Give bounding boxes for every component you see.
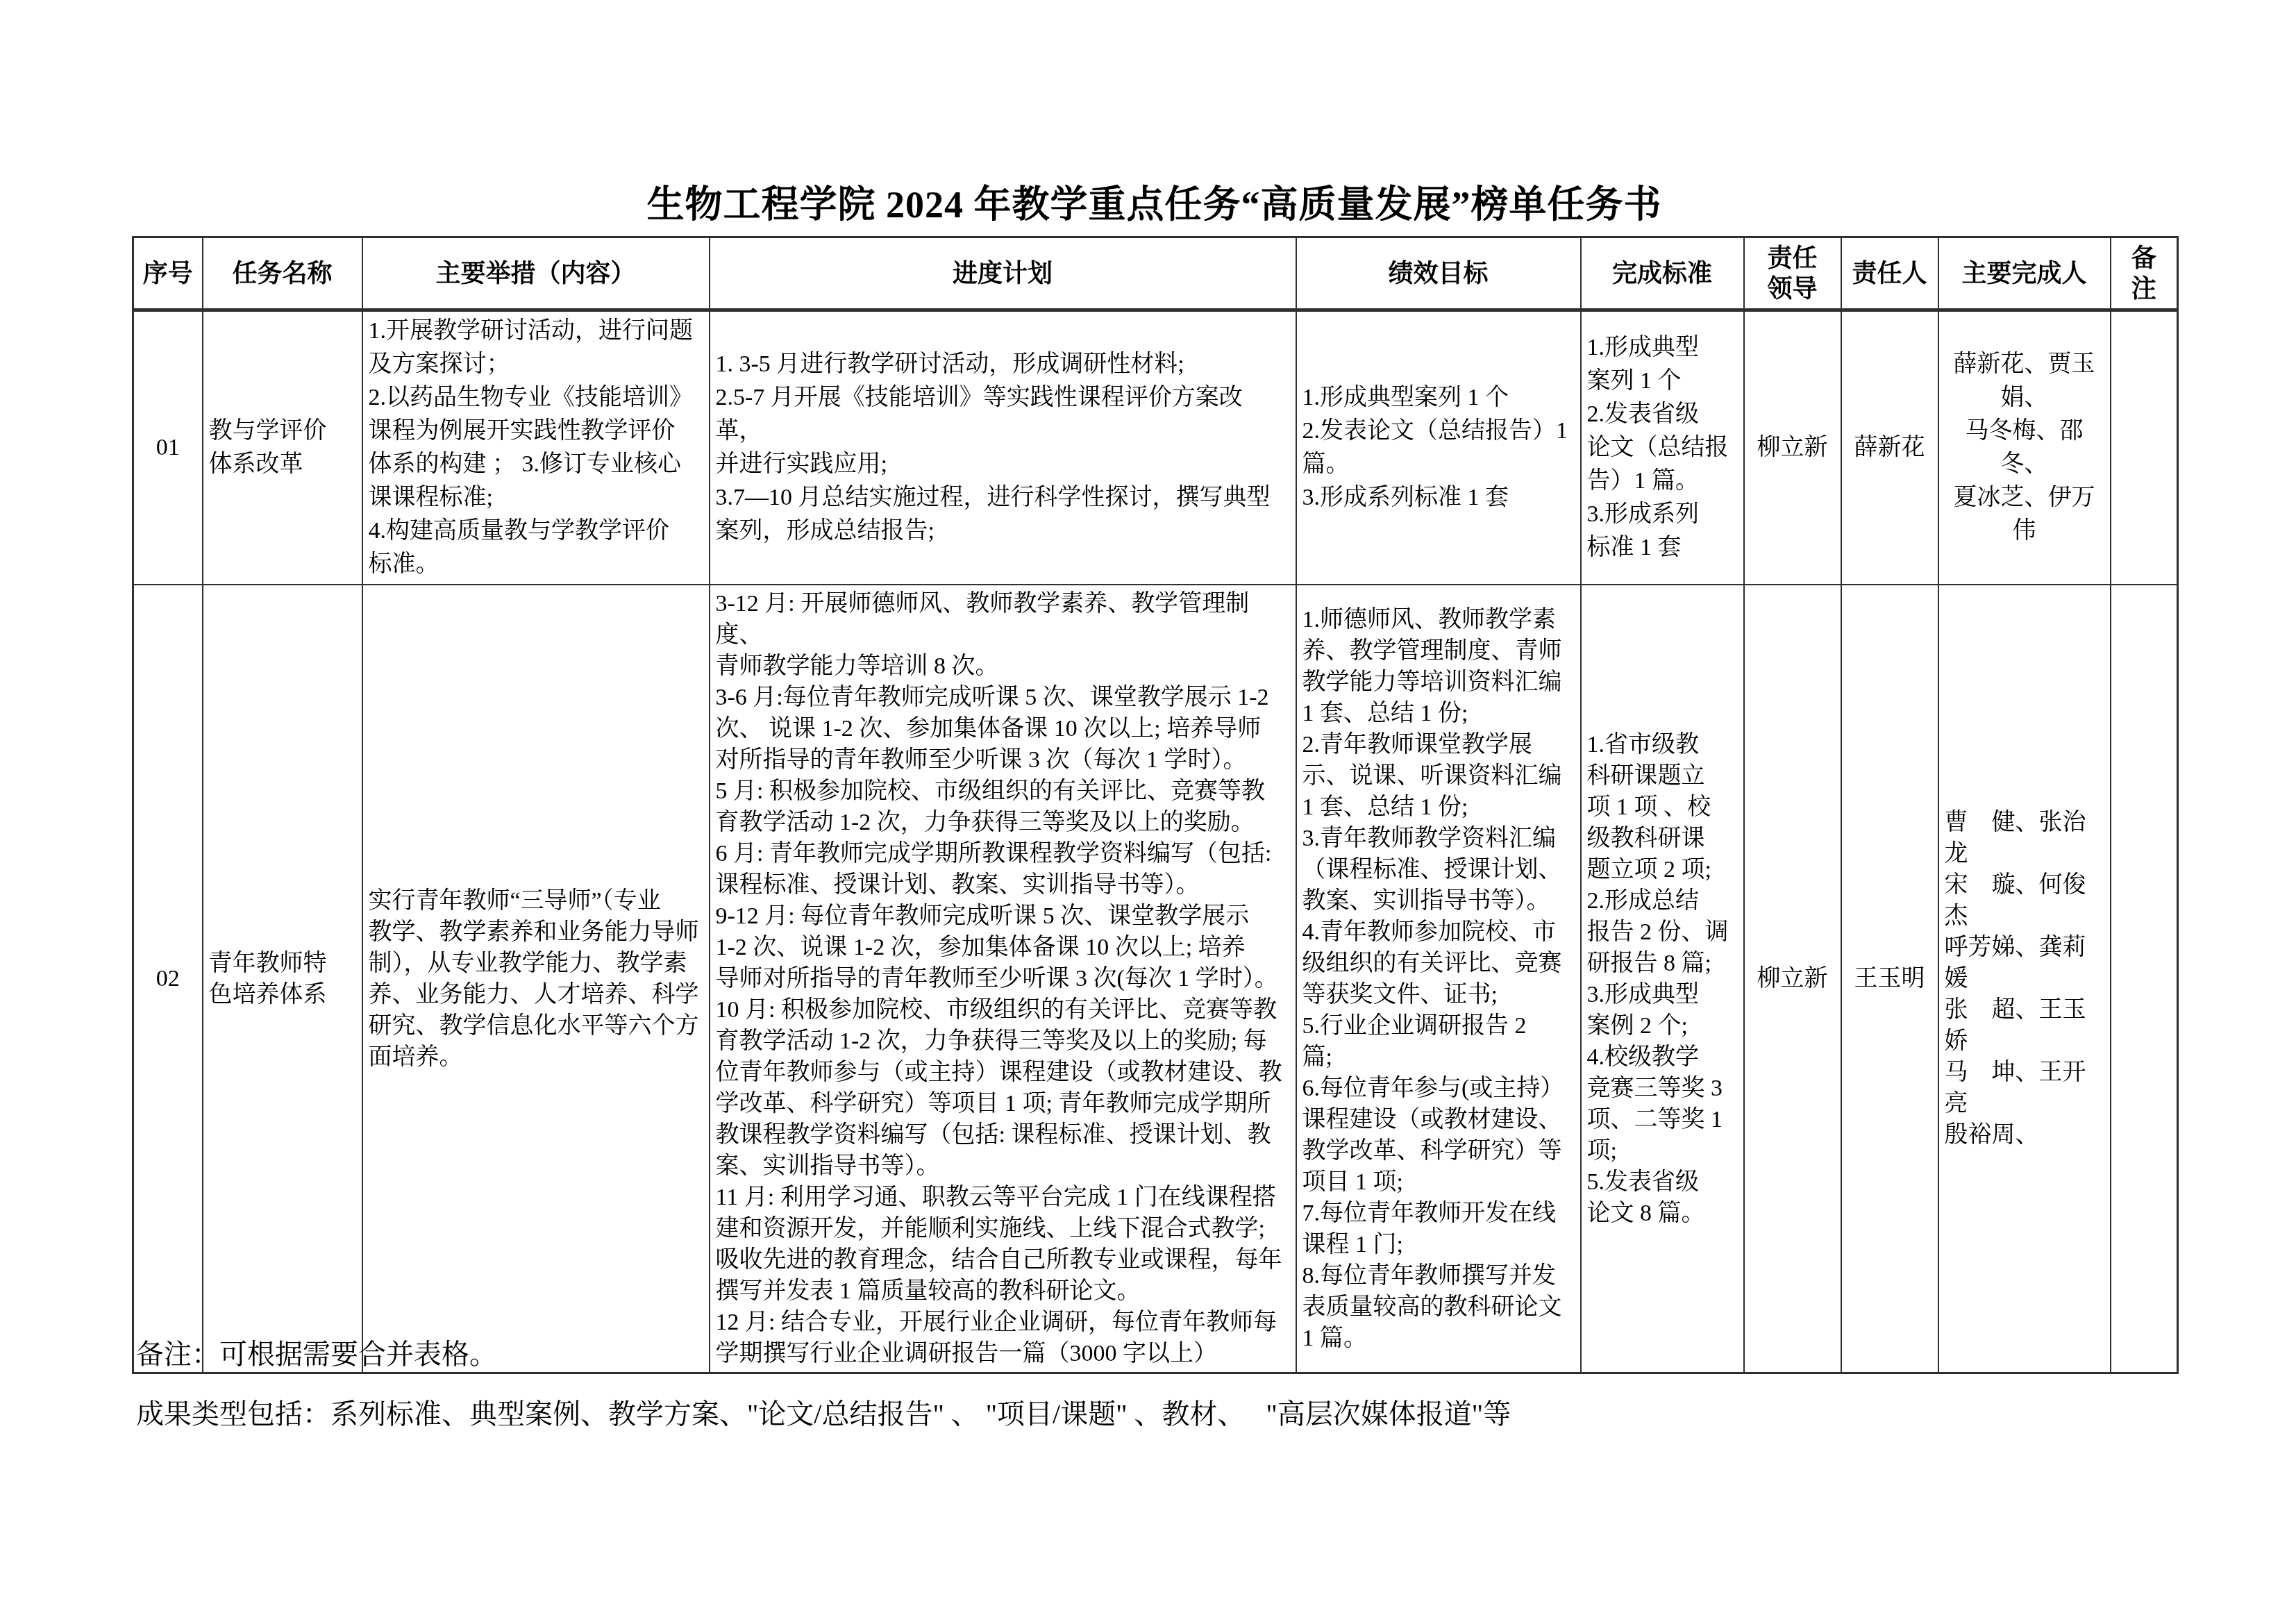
header-completion-criteria: 完成标准: [1581, 237, 1744, 310]
cell-main-participants: 曹 健、张治龙 宋 璇、何俊杰 呼芳娣、龚莉媛 张 超、王玉娇 马 坤、王开亮 …: [1938, 585, 2111, 1373]
cell-measures: 实行青年教师“三导师”（专业 教学、教学素养和业务能力导师 制），从专业教学能力…: [362, 585, 710, 1373]
cell-main-participants: 薛新花、贾玉娟、 马冬梅、邵 冬、 夏冰芝、伊万伟: [1938, 310, 2111, 585]
cell-responsible-leader: 柳立新: [1744, 585, 1841, 1373]
cell-responsible-leader: 柳立新: [1744, 310, 1841, 585]
table-row: 01 教与学评价 体系改革 1.开展教学研讨活动，进行问题 及方案探讨； 2.以…: [133, 310, 2178, 585]
cell-task-name: 教与学评价 体系改革: [203, 310, 362, 585]
cell-seq: 02: [133, 585, 203, 1373]
cell-measures: 1.开展教学研讨活动，进行问题 及方案探讨； 2.以药品生物专业《技能培训》 课…: [362, 310, 710, 585]
cell-remarks: [2111, 585, 2178, 1373]
page-title: 生物工程学院 2024 年教学重点任务“高质量发展”榜单任务书: [132, 175, 2177, 228]
cell-responsible-person: 王玉明: [1841, 585, 1938, 1373]
header-main-participants: 主要完成人: [1938, 237, 2111, 310]
header-responsible-leader: 责任 领导: [1744, 237, 1841, 310]
header-responsible-person: 责任人: [1841, 237, 1938, 310]
header-task-name: 任务名称: [203, 237, 362, 310]
header-performance-targets: 绩效目标: [1296, 237, 1581, 310]
cell-completion-criteria: 1.省市级教 科研课题立 项 1 项 、校 级教科研课 题立项 2 项; 2.形…: [1581, 585, 1744, 1373]
cell-completion-criteria: 1.形成典型 案列 1 个 2.发表省级 论文（总结报 告）1 篇。 3.形成系…: [1581, 310, 1744, 585]
task-table: 序号 任务名称 主要举措（内容） 进度计划 绩效目标 完成标准 责任 领导 责任…: [132, 236, 2179, 1374]
footnote-result-types: 成果类型包括：系列标准、典型案例、教学方案、"论文/总结报告" 、 "项目/课题…: [136, 1398, 2254, 1430]
cell-remarks: [2111, 310, 2178, 585]
cell-responsible-person: 薛新花: [1841, 310, 1938, 585]
header-schedule: 进度计划: [710, 237, 1296, 310]
cell-performance-targets: 1.形成典型案列 1 个 2.发表论文（总结报告）1 篇。 3.形成系列标准 1…: [1296, 310, 1581, 585]
header-remarks: 备 注: [2111, 237, 2178, 310]
table-row: 02 青年教师特 色培养体系 实行青年教师“三导师”（专业 教学、教学素养和业务…: [133, 585, 2178, 1373]
header-measures: 主要举措（内容）: [362, 237, 710, 310]
document-page: 生物工程学院 2024 年教学重点任务“高质量发展”榜单任务书 序号 任务名称 …: [0, 0, 2296, 1624]
cell-schedule: 3-12 月: 开展师德师风、教师教学素养、教学管理制度、 青师教学能力等培训 …: [710, 585, 1296, 1373]
footnote-remark: 备注：可根据需要合并表格。: [136, 1339, 2254, 1371]
cell-seq: 01: [133, 310, 203, 585]
cell-task-name: 青年教师特 色培养体系: [203, 585, 362, 1373]
table-header: 序号 任务名称 主要举措（内容） 进度计划 绩效目标 完成标准 责任 领导 责任…: [133, 237, 2178, 310]
cell-performance-targets: 1.师德师风、教师教学素 养、教学管理制度、青师 教学能力等培训资料汇编 1 套…: [1296, 585, 1581, 1373]
cell-schedule: 1. 3-5 月进行教学研讨活动，形成调研性材料; 2.5-7 月开展《技能培训…: [710, 310, 1296, 585]
header-seq: 序号: [133, 237, 203, 310]
